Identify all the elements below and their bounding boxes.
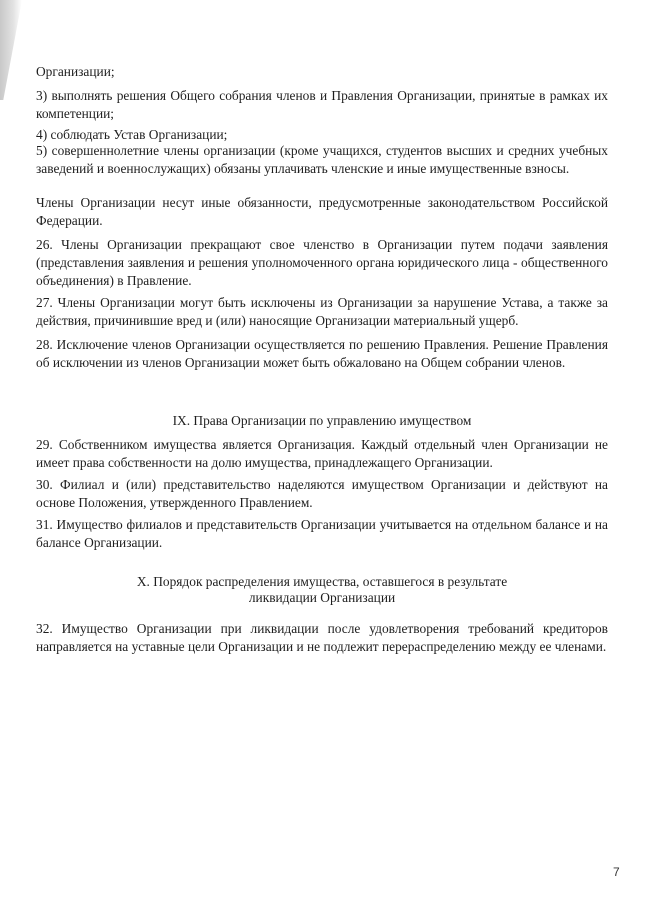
paragraph-29: 29. Собственником имущества является Орг… [36, 436, 608, 472]
paragraph-organization-tail: Организации; [36, 63, 608, 81]
paragraph-other-duties: Члены Организации несут иные обязанности… [36, 194, 608, 230]
section-x-heading-line1: X. Порядок распределения имущества, оста… [36, 573, 608, 590]
paragraph-26: 26. Члены Организации прекращают свое чл… [36, 236, 608, 290]
scan-edge-shadow [0, 0, 22, 100]
page-number: 7 [613, 865, 620, 879]
paragraph-27: 27. Члены Организации могут быть исключе… [36, 294, 608, 330]
section-ix-heading: IX. Права Организации по управлению имущ… [36, 412, 608, 429]
paragraph-31: 31. Имущество филиалов и представительст… [36, 516, 608, 552]
paragraph-item-5: 5) совершеннолетние члены организации (к… [36, 142, 608, 178]
paragraph-32: 32. Имущество Организации при ликвидации… [36, 620, 608, 656]
section-x-heading-line2: ликвидации Организации [36, 589, 608, 606]
paragraph-30: 30. Филиал и (или) представительство над… [36, 476, 608, 512]
paragraph-28: 28. Исключение членов Организации осущес… [36, 336, 608, 372]
paragraph-item-3: 3) выполнять решения Общего собрания чле… [36, 87, 608, 123]
